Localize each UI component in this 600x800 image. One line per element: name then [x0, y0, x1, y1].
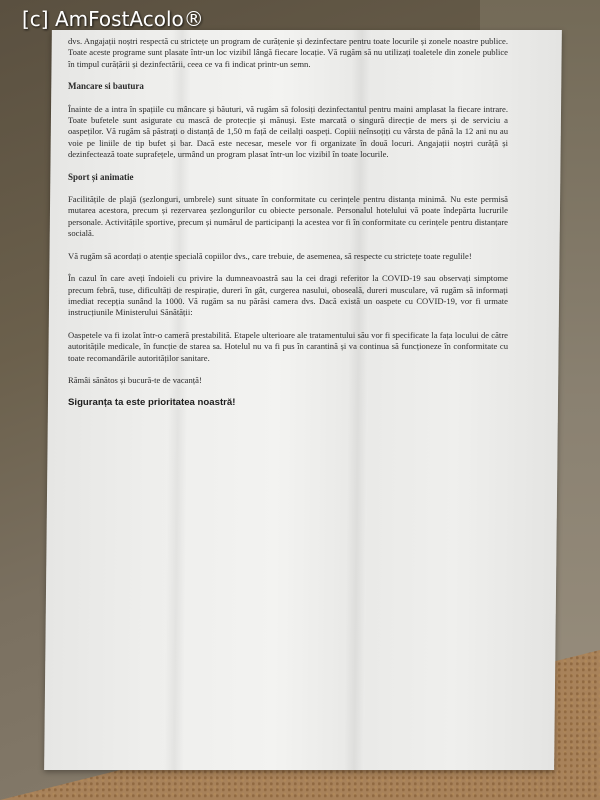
- food-paragraph: Înainte de a intra în spațiile cu mâncar…: [68, 104, 508, 161]
- document-body: dvs. Angajații noștri respectă cu strict…: [68, 36, 508, 409]
- closing-line: Rămâi sănătos și bucură-te de vacanță!: [68, 375, 508, 386]
- intro-paragraph: dvs. Angajații noștri respectă cu strict…: [68, 36, 508, 70]
- section-heading-food: Mancare si bautura: [68, 81, 508, 92]
- covid-paragraph: În cazul în care aveți îndoieli cu privi…: [68, 273, 508, 319]
- children-paragraph: Vă rugăm să acordați o atenție specială …: [68, 251, 508, 262]
- section-heading-sport: Sport și animatie: [68, 172, 508, 183]
- isolation-paragraph: Oaspetele va fi izolat într-o cameră pre…: [68, 330, 508, 364]
- sport-paragraph: Facilitățile de plajă (șezlonguri, umbre…: [68, 194, 508, 240]
- watermark: [c] AmFostAcolo®: [22, 7, 204, 31]
- tagline: Siguranța ta este prioritatea noastră!: [68, 397, 508, 408]
